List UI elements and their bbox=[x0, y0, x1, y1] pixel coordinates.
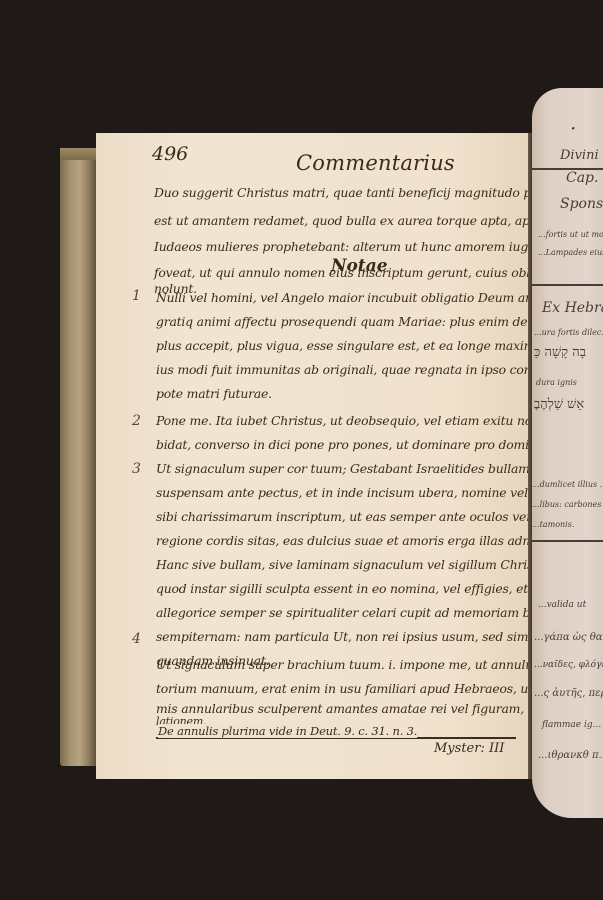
note-line: plus accepit, plus vigua, esse singulare… bbox=[156, 338, 577, 353]
page-title: Commentarius bbox=[296, 151, 455, 175]
catchword: Myster: III bbox=[434, 741, 504, 756]
note-number: 4 bbox=[132, 631, 141, 647]
right-page-gloss: dura ignis bbox=[536, 378, 577, 387]
note-line: ius modi fuit immunitas ab originali, qu… bbox=[156, 362, 582, 377]
right-page-line: ...dumlicet illius ... bbox=[532, 480, 603, 489]
right-page-line: ...fortis ut ut mors ... bbox=[538, 230, 603, 239]
note-line: bidat, converso in dici pone pro pones, … bbox=[156, 437, 578, 452]
note-line: gratiq animi affectu prosequendi quam Ma… bbox=[156, 314, 584, 329]
left-manuscript-page: 496 Commentarius Duo suggerit Christus m… bbox=[96, 133, 532, 779]
right-page-subtitle: Sponsa ... bbox=[560, 196, 603, 212]
note-line: Nulli vel homini, vel Angelo maior incub… bbox=[156, 290, 563, 305]
book-cover-edge bbox=[60, 148, 96, 766]
note-number: 3 bbox=[132, 461, 141, 477]
right-page-greek: ...ιθρανκθ π... bbox=[538, 750, 603, 761]
right-page-partial: · Divini a... Cap. ... Sponsa ... ...for… bbox=[532, 88, 603, 818]
right-page-line: ...libus: carbones ei... bbox=[532, 500, 603, 509]
note-line: Hanc sive bullam, sive laminam signaculu… bbox=[156, 557, 592, 572]
right-page-gloss: ...ura fortis dilec... bbox=[534, 328, 603, 337]
right-page-line: ...Lampades eius ... bbox=[538, 248, 603, 257]
note-line: mis annularibus sculperent amantes amata… bbox=[156, 701, 587, 716]
note-line: torium manuum, erat enim in usu familiar… bbox=[156, 681, 579, 696]
right-page-section: Ex Hebraeo ... bbox=[542, 300, 603, 316]
hebrew-line: אֵשׁ שַׁלְהֶבֶ bbox=[534, 396, 584, 412]
right-page-greek: ...ς ἀυτῆς, περι... bbox=[534, 688, 603, 699]
reference-line: De annulis plurima vide in Deut. 9. c. 3… bbox=[158, 724, 417, 738]
hebrew-line: בָה קָשָׁה כַּ bbox=[534, 344, 586, 360]
right-page-greek: ...γάπα ὡς θα... bbox=[534, 632, 603, 643]
right-page-mark: · bbox=[570, 116, 576, 140]
note-line: Pone me. Ita iubet Christus, ut deobsequ… bbox=[156, 413, 565, 428]
page-number: 496 bbox=[152, 143, 188, 165]
right-page-line: ...tamonis. bbox=[532, 520, 574, 529]
right-page-chapter: Cap. ... bbox=[566, 170, 603, 186]
note-line: regione cordis sitas, eas dulcius suae e… bbox=[156, 533, 578, 548]
note-line: sempiternam: nam particula Ut, non rei i… bbox=[156, 629, 590, 644]
cover-top-edge bbox=[60, 148, 96, 160]
note-number: 2 bbox=[132, 413, 141, 429]
right-page-rule bbox=[532, 284, 603, 286]
note-line: allegorice semper se spiritualiter celar… bbox=[156, 605, 575, 620]
note-line: sibi charissimarum inscriptum, ut eas se… bbox=[156, 509, 586, 524]
note-line: Ut signaculum super brachium tuum. i. im… bbox=[156, 657, 585, 672]
notes-heading: Notae bbox=[331, 256, 388, 276]
note-line: quod instar sigilli sculpta essent in eo… bbox=[156, 581, 561, 596]
right-page-greek: ...ναῖδες, φλόγες... bbox=[534, 660, 603, 670]
right-page-line: ...valida ut bbox=[538, 600, 586, 610]
right-page-line: flammae ig... bbox=[542, 720, 601, 730]
right-page-rule bbox=[532, 540, 603, 542]
right-page-header: Divini a... bbox=[560, 148, 603, 163]
note-line: pote matri futurae. bbox=[156, 386, 272, 401]
note-number: 1 bbox=[132, 288, 141, 304]
intro-line: est ut amantem redamet, quod bulla ex au… bbox=[154, 213, 545, 228]
